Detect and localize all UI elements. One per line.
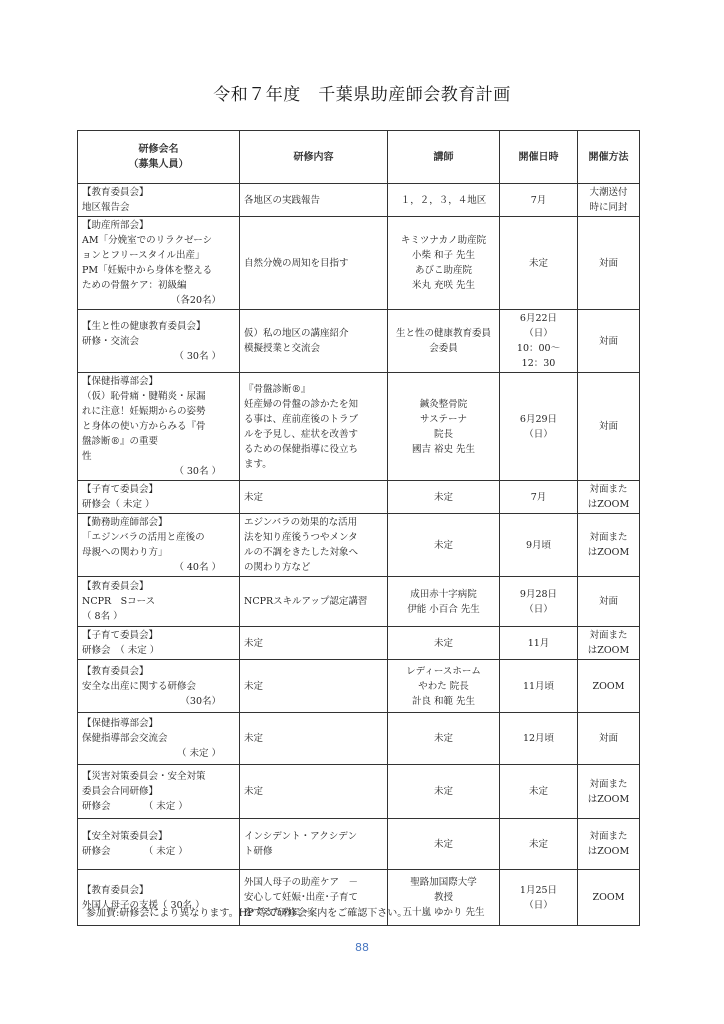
- name-line: 研修・交流会: [82, 334, 235, 349]
- table-row: 【教育委員会】地区報告会各地区の実践報告１，２，３，４地区7月大潮送付時に同封: [78, 184, 640, 217]
- cell-content: 未定: [240, 481, 388, 514]
- cell-name: 【災害対策委員会・安全対策委員会合同研修】研修会 （ 未定 ）: [78, 765, 240, 819]
- name-line: 【教育委員会】: [82, 883, 235, 898]
- lecturer-line: 未定: [392, 731, 495, 746]
- cell-datetime: 7月: [500, 481, 578, 514]
- cell-name: 【教育委員会】安全な出産に関する研修会（30名）: [78, 660, 240, 713]
- method-line: はZOOM: [582, 545, 635, 560]
- cell-content: 未定: [240, 660, 388, 713]
- lecturer-line: 五十嵐 ゆかり 先生: [392, 905, 495, 920]
- name-line: 母親への関わり方」: [82, 545, 235, 560]
- table-row: 【災害対策委員会・安全対策委員会合同研修】研修会 （ 未定 ）未定未定未定対面ま…: [78, 765, 640, 819]
- lecturer-line: １，２，３，４地区: [392, 193, 495, 208]
- lecturer-line: 未定: [392, 837, 495, 852]
- header-name-line1: 研修会名: [82, 142, 235, 157]
- content-line: ルの不調をきたした対象へ: [244, 545, 383, 560]
- datetime-line: 未定: [504, 837, 573, 852]
- cell-method: 対面: [578, 713, 640, 765]
- table-row: 【助産所部会】AM「分娩室でのリラクゼーションとフリースタイル出産」PM「妊娠中…: [78, 217, 640, 310]
- datetime-line: 6月22日: [504, 311, 573, 326]
- cell-lecturer: レディースホームやわた 院長計良 和範 先生: [388, 660, 500, 713]
- method-line: はZOOM: [582, 497, 635, 512]
- lecturer-line: 教授: [392, 890, 495, 905]
- capacity: （ 30名 ）: [82, 464, 235, 479]
- cell-lecturer: 未定: [388, 819, 500, 870]
- lecturer-line: 院長: [392, 427, 495, 442]
- datetime-line: （日）: [504, 602, 573, 617]
- cell-content: 未定: [240, 627, 388, 660]
- datetime-line: 7月: [504, 193, 573, 208]
- lecturer-line: やわた 院長: [392, 679, 495, 694]
- fee-note: 参加費:研修会により異なります。HP 等で研修会案内をご確認下さい。: [86, 904, 407, 919]
- cell-datetime: 1月25日（日）: [500, 870, 578, 926]
- name-line: 性: [82, 449, 235, 464]
- datetime-line: 6月29日: [504, 412, 573, 427]
- content-line: 未定: [244, 784, 383, 799]
- name-line: （ 8名 ）: [82, 609, 235, 624]
- content-line: 安心して妊娠･出産･子育て: [244, 890, 383, 905]
- cell-name: 【助産所部会】AM「分娩室でのリラクゼーションとフリースタイル出産」PM「妊娠中…: [78, 217, 240, 310]
- content-line: ト研修: [244, 844, 383, 859]
- cell-datetime: 11月頃: [500, 660, 578, 713]
- datetime-line: （日）: [504, 427, 573, 442]
- cell-content: インシデント・アクシデント研修: [240, 819, 388, 870]
- lecturer-line: 未定: [392, 490, 495, 505]
- lecturer-line: 鍼灸整骨院: [392, 397, 495, 412]
- method-line: 対面また: [582, 829, 635, 844]
- method-line: 対面: [582, 594, 635, 609]
- header-datetime: 開催日時: [500, 131, 578, 184]
- name-line: （仮）恥骨痛・腱鞘炎・尿漏: [82, 389, 235, 404]
- page-number: 88: [0, 941, 724, 954]
- content-line: 各地区の実践報告: [244, 193, 383, 208]
- header-content: 研修内容: [240, 131, 388, 184]
- content-line: 未定: [244, 731, 383, 746]
- table-row: 【教育委員会】NCPR Sコース（ 8名 ）NCPRスキルアップ認定講習成田赤十…: [78, 577, 640, 627]
- datetime-line: 10：00～: [504, 341, 573, 356]
- header-lecturer: 講師: [388, 131, 500, 184]
- content-line: 妊産婦の骨盤の診かたを知: [244, 397, 383, 412]
- lecturer-line: 会委員: [392, 341, 495, 356]
- cell-datetime: 未定: [500, 217, 578, 310]
- lecturer-line: 成田赤十字病院: [392, 587, 495, 602]
- cell-lecturer: 生と性の健康教育委員会委員: [388, 310, 500, 373]
- capacity: （30名）: [82, 694, 235, 709]
- cell-lecturer: 未定: [388, 713, 500, 765]
- name-line: 安全な出産に関する研修会: [82, 679, 235, 694]
- method-line: 対面: [582, 419, 635, 434]
- cell-datetime: 7月: [500, 184, 578, 217]
- name-line: 研修会 （ 未定 ）: [82, 643, 235, 658]
- content-line: 自然分娩の周知を目指す: [244, 256, 383, 271]
- method-line: 対面また: [582, 530, 635, 545]
- name-line: 研修会 （ 未定 ）: [82, 844, 235, 859]
- method-line: 対面: [582, 334, 635, 349]
- cell-lecturer: １，２，３，４地区: [388, 184, 500, 217]
- datetime-line: 11月頃: [504, 679, 573, 694]
- cell-content: NCPRスキルアップ認定講習: [240, 577, 388, 627]
- method-line: 時に同封: [582, 200, 635, 215]
- cell-name: 【勤務助産師部会】「エジンバラの活用と産後の母親への関わり方」（ 40名 ）: [78, 514, 240, 577]
- table-row: 【保健指導部会】（仮）恥骨痛・腱鞘炎・尿漏れに注意！妊娠期からの姿勢と身体の使い…: [78, 373, 640, 481]
- cell-name: 【教育委員会】NCPR Sコース（ 8名 ）: [78, 577, 240, 627]
- capacity: （ 40名 ）: [82, 560, 235, 575]
- content-line: インシデント・アクシデン: [244, 829, 383, 844]
- method-line: 対面: [582, 256, 635, 271]
- lecturer-line: 計良 和範 先生: [392, 694, 495, 709]
- cell-lecturer: 未定: [388, 514, 500, 577]
- lecturer-line: 未定: [392, 538, 495, 553]
- cell-lecturer: 未定: [388, 481, 500, 514]
- content-line: るための保健指導に役立ち: [244, 442, 383, 457]
- cell-method: 対面またはZOOM: [578, 819, 640, 870]
- table-row: 【教育委員会】安全な出産に関する研修会（30名）未定レディースホームやわた 院長…: [78, 660, 640, 713]
- method-line: 対面また: [582, 777, 635, 792]
- content-line: 未定: [244, 490, 383, 505]
- name-line: 盤診断®』の重要: [82, 434, 235, 449]
- content-line: 法を知り産後うつやメンタ: [244, 530, 383, 545]
- cell-datetime: 9月28日（日）: [500, 577, 578, 627]
- name-line: れに注意！妊娠期からの姿勢: [82, 404, 235, 419]
- cell-name: 【子育て委員会】研修会 （ 未定 ）: [78, 627, 240, 660]
- datetime-line: （日）: [504, 898, 573, 913]
- method-line: 大潮送付: [582, 185, 635, 200]
- table-row: 【保健指導部会】保健指導部会交流会（ 未定 ）未定未定12月頃対面: [78, 713, 640, 765]
- cell-content: 未定: [240, 765, 388, 819]
- name-line: 【教育委員会】: [82, 664, 235, 679]
- cell-method: 対面またはZOOM: [578, 765, 640, 819]
- name-line: 【助産所部会】: [82, 218, 235, 233]
- datetime-line: 9月28日: [504, 587, 573, 602]
- content-line: NCPRスキルアップ認定講習: [244, 594, 383, 609]
- name-line: NCPR Sコース: [82, 594, 235, 609]
- cell-datetime: 9月頃: [500, 514, 578, 577]
- name-line: 【教育委員会】: [82, 185, 235, 200]
- name-line: 研修会（ 未定 ）: [82, 497, 235, 512]
- lecturer-line: レディースホーム: [392, 664, 495, 679]
- cell-method: ZOOM: [578, 660, 640, 713]
- name-line: 【教育委員会】: [82, 579, 235, 594]
- name-line: 【勤務助産師部会】: [82, 515, 235, 530]
- datetime-line: 7月: [504, 490, 573, 505]
- content-line: 仮）私の地区の講座紹介: [244, 326, 383, 341]
- datetime-line: 9月頃: [504, 538, 573, 553]
- cell-method: 大潮送付時に同封: [578, 184, 640, 217]
- cell-content: 自然分娩の周知を目指す: [240, 217, 388, 310]
- datetime-line: 12月頃: [504, 731, 573, 746]
- cell-datetime: 6月29日（日）: [500, 373, 578, 481]
- content-line: 『骨盤診断®』: [244, 382, 383, 397]
- header-name: 研修会名 （募集人員）: [78, 131, 240, 184]
- name-line: 【子育て委員会】: [82, 628, 235, 643]
- name-line: ための骨盤ケア：初級編: [82, 278, 235, 293]
- cell-name: 【子育て委員会】研修会（ 未定 ）: [78, 481, 240, 514]
- lecturer-line: あびこ助産院: [392, 263, 495, 278]
- cell-method: 対面またはZOOM: [578, 481, 640, 514]
- cell-content: 『骨盤診断®』妊産婦の骨盤の診かたを知る事は、産前産後のトラブルを予見し、症状を…: [240, 373, 388, 481]
- name-line: 「エジンバラの活用と産後の: [82, 530, 235, 545]
- lecturer-line: 米丸 充咲 先生: [392, 278, 495, 293]
- method-line: ZOOM: [582, 890, 635, 905]
- content-line: 模擬授業と交流会: [244, 341, 383, 356]
- cell-method: 対面: [578, 310, 640, 373]
- table-header-row: 研修会名 （募集人員） 研修内容 講師 開催日時 開催方法: [78, 131, 640, 184]
- method-line: はZOOM: [582, 643, 635, 658]
- lecturer-line: 聖路加国際大学: [392, 875, 495, 890]
- method-line: はZOOM: [582, 844, 635, 859]
- cell-datetime: 未定: [500, 819, 578, 870]
- cell-lecturer: 成田赤十字病院伊能 小百合 先生: [388, 577, 500, 627]
- cell-method: 対面: [578, 217, 640, 310]
- lecturer-line: 國吉 裕史 先生: [392, 442, 495, 457]
- cell-method: 対面: [578, 577, 640, 627]
- cell-name: 【教育委員会】地区報告会: [78, 184, 240, 217]
- name-line: 【災害対策委員会・安全対策: [82, 769, 235, 784]
- method-line: ZOOM: [582, 679, 635, 694]
- cell-name: 【安全対策委員会】研修会 （ 未定 ）: [78, 819, 240, 870]
- lecturer-line: 伊能 小百合 先生: [392, 602, 495, 617]
- lecturer-line: キミツナカノ助産院: [392, 233, 495, 248]
- content-line: ます。: [244, 457, 383, 472]
- lecturer-line: 小柴 和子 先生: [392, 248, 495, 263]
- table-row: 【生と性の健康教育委員会】研修・交流会（ 30名 ）仮）私の地区の講座紹介模擬授…: [78, 310, 640, 373]
- cell-lecturer: 鍼灸整骨院サステーナ院長國吉 裕史 先生: [388, 373, 500, 481]
- education-plan-table: 研修会名 （募集人員） 研修内容 講師 開催日時 開催方法 【教育委員会】地区報…: [77, 130, 640, 926]
- lecturer-line: サステーナ: [392, 412, 495, 427]
- cell-datetime: 6月22日（日）10：00～12：30: [500, 310, 578, 373]
- name-line: 研修会 （ 未定 ）: [82, 799, 235, 814]
- header-name-line2: （募集人員）: [82, 157, 235, 172]
- name-line: 地区報告会: [82, 200, 235, 215]
- name-line: 【安全対策委員会】: [82, 829, 235, 844]
- cell-content: 各地区の実践報告: [240, 184, 388, 217]
- page-title: 令和７年度 千葉県助産師会教育計画: [0, 80, 724, 105]
- cell-datetime: 未定: [500, 765, 578, 819]
- datetime-line: 12：30: [504, 356, 573, 371]
- capacity: （ 30名 ）: [82, 349, 235, 364]
- cell-lecturer: 未定: [388, 765, 500, 819]
- name-line: AM「分娩室でのリラクゼーシ: [82, 233, 235, 248]
- cell-name: 【生と性の健康教育委員会】研修・交流会（ 30名 ）: [78, 310, 240, 373]
- lecturer-line: 未定: [392, 636, 495, 651]
- content-line: ルを予見し、症状を改善す: [244, 427, 383, 442]
- cell-content: 仮）私の地区の講座紹介模擬授業と交流会: [240, 310, 388, 373]
- method-line: 対面また: [582, 628, 635, 643]
- name-line: PM「妊娠中から身体を整える: [82, 263, 235, 278]
- name-line: 保健指導部会交流会: [82, 731, 235, 746]
- cell-datetime: 11月: [500, 627, 578, 660]
- datetime-line: （日）: [504, 326, 573, 341]
- cell-method: 対面またはZOOM: [578, 514, 640, 577]
- cell-method: 対面: [578, 373, 640, 481]
- cell-name: 【保健指導部会】保健指導部会交流会（ 未定 ）: [78, 713, 240, 765]
- table-row: 【安全対策委員会】研修会 （ 未定 ）インシデント・アクシデント研修未定未定対面…: [78, 819, 640, 870]
- content-line: の関わり方など: [244, 560, 383, 575]
- datetime-line: 未定: [504, 256, 573, 271]
- content-line: エジンバラの効果的な活用: [244, 515, 383, 530]
- table-body: 【教育委員会】地区報告会各地区の実践報告１，２，３，４地区7月大潮送付時に同封【…: [78, 184, 640, 926]
- datetime-line: 11月: [504, 636, 573, 651]
- method-line: 対面: [582, 731, 635, 746]
- name-line: ョンとフリースタイル出産」: [82, 248, 235, 263]
- cell-lecturer: 未定: [388, 627, 500, 660]
- content-line: 外国人母子の助産ケア －: [244, 875, 383, 890]
- table-row: 【子育て委員会】研修会（ 未定 ）未定未定7月対面またはZOOM: [78, 481, 640, 514]
- content-line: 未定: [244, 636, 383, 651]
- cell-method: 対面またはZOOM: [578, 627, 640, 660]
- cell-content: 未定: [240, 713, 388, 765]
- header-method: 開催方法: [578, 131, 640, 184]
- cell-datetime: 12月頃: [500, 713, 578, 765]
- name-line: 【保健指導部会】: [82, 716, 235, 731]
- cell-content: エジンバラの効果的な活用法を知り産後うつやメンタルの不調をきたした対象への関わり…: [240, 514, 388, 577]
- name-line: 委員会合同研修】: [82, 784, 235, 799]
- table-row: 【子育て委員会】研修会 （ 未定 ）未定未定11月対面またはZOOM: [78, 627, 640, 660]
- lecturer-line: 未定: [392, 784, 495, 799]
- capacity: （各20名）: [82, 293, 235, 308]
- cell-lecturer: キミツナカノ助産院小柴 和子 先生あびこ助産院米丸 充咲 先生: [388, 217, 500, 310]
- lecturer-line: 生と性の健康教育委員: [392, 326, 495, 341]
- datetime-line: 未定: [504, 784, 573, 799]
- capacity: （ 未定 ）: [82, 746, 235, 761]
- content-line: 未定: [244, 679, 383, 694]
- content-line: る事は、産前産後のトラブ: [244, 412, 383, 427]
- name-line: 【子育て委員会】: [82, 482, 235, 497]
- method-line: 対面また: [582, 482, 635, 497]
- datetime-line: 1月25日: [504, 883, 573, 898]
- name-line: 【生と性の健康教育委員会】: [82, 319, 235, 334]
- table-row: 【勤務助産師部会】「エジンバラの活用と産後の母親への関わり方」（ 40名 ）エジ…: [78, 514, 640, 577]
- cell-method: ZOOM: [578, 870, 640, 926]
- name-line: と身体の使い方からみる『骨: [82, 419, 235, 434]
- cell-name: 【保健指導部会】（仮）恥骨痛・腱鞘炎・尿漏れに注意！妊娠期からの姿勢と身体の使い…: [78, 373, 240, 481]
- method-line: はZOOM: [582, 792, 635, 807]
- name-line: 【保健指導部会】: [82, 374, 235, 389]
